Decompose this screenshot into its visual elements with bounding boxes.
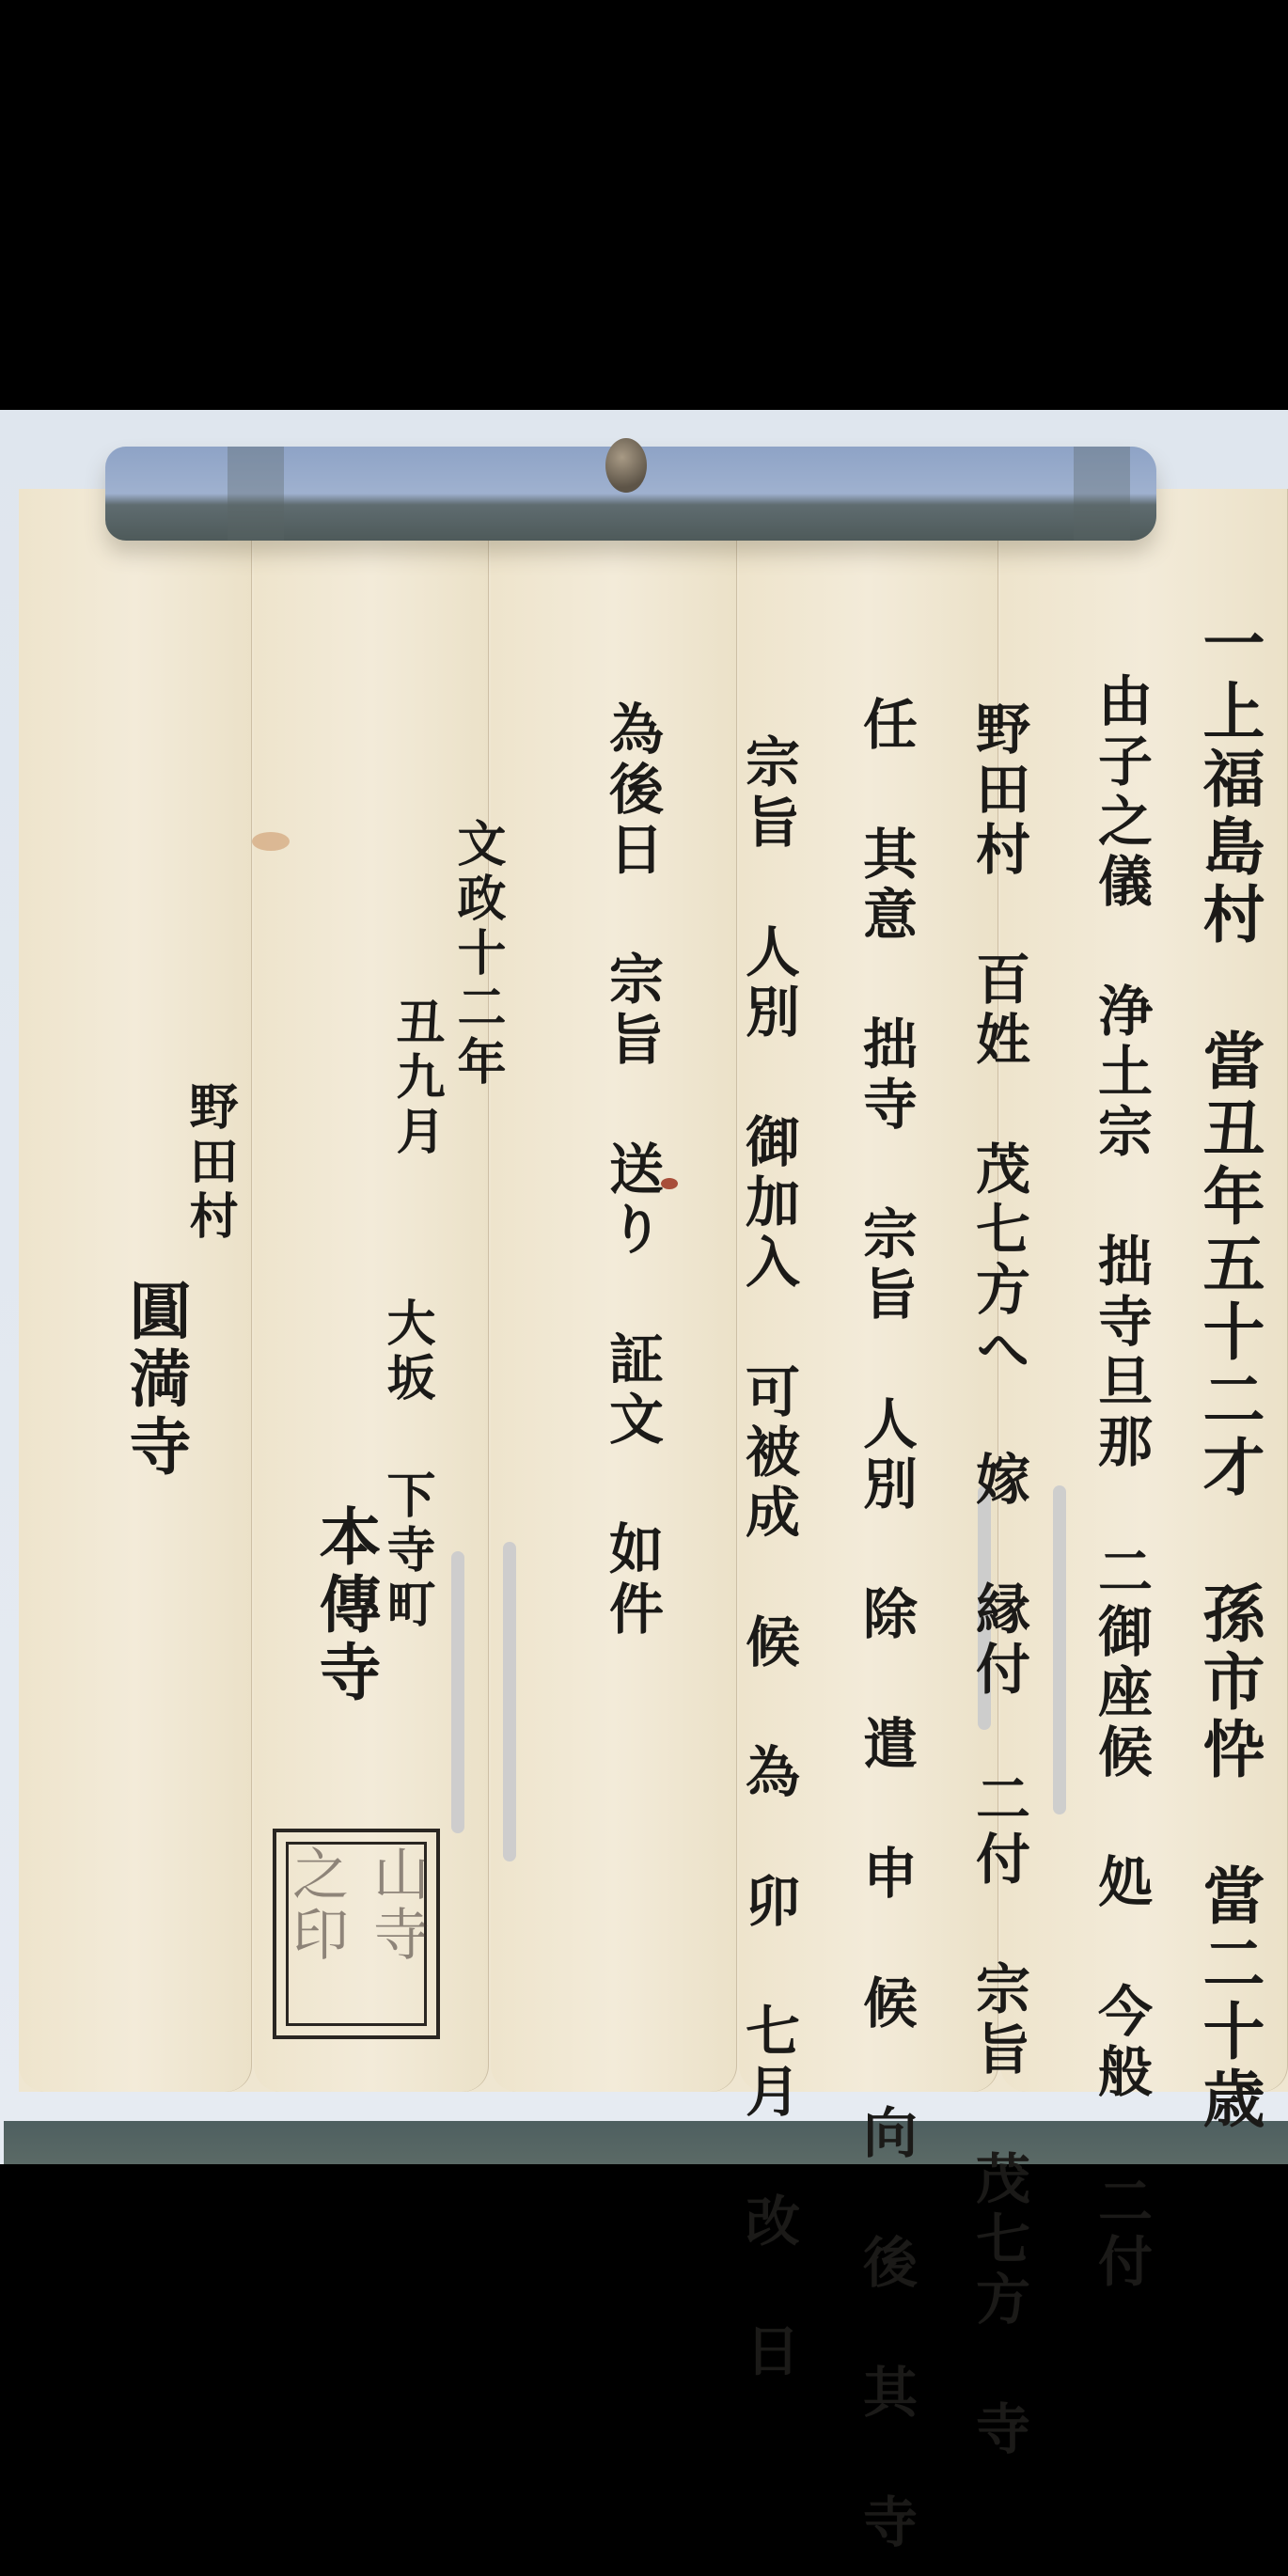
paper-stain bbox=[252, 832, 290, 851]
seal-glyphs: 山寺之印 bbox=[286, 1842, 427, 2026]
paper-tear bbox=[451, 1551, 464, 1833]
paperweight-band bbox=[1074, 447, 1130, 541]
text-column-2: 由子之儀 浄土宗 拙寺旦那 二御座候 処 今般 二付 bbox=[1081, 672, 1160, 2293]
text-column-4: 任 其意 拙寺 宗旨 人別 除 遣 申 候 向 後 其 寺 bbox=[846, 696, 925, 2553]
temple-seal: 山寺之印 bbox=[273, 1829, 440, 2039]
text-column-6: 為後日 宗旨 送り 証文 如件 bbox=[592, 700, 671, 1641]
addressee-temple: 圓満寺 bbox=[111, 1279, 200, 1482]
text-column-3: 野田村 百姓 茂七方へ 嫁 縁付 二付 宗旨 茂七方 寺 bbox=[959, 700, 1038, 2460]
date-era-year: 文政十二年 bbox=[442, 818, 512, 1091]
paper-tear bbox=[1053, 1485, 1066, 1814]
date-month: 丑九月 bbox=[381, 997, 451, 1160]
addressee-village: 野田村 bbox=[174, 1081, 244, 1245]
paperweight-band bbox=[228, 447, 284, 541]
paperweight-knob bbox=[605, 438, 647, 493]
text-column-1: 一上福島村 當丑年五十二才 孫市忰 當二十歳 bbox=[1185, 611, 1274, 2134]
sender-temple: 本傳寺 bbox=[301, 1504, 390, 1707]
text-column-5: 宗旨 人別 御加入 可被成 候 為 卯 七月 改 日 bbox=[729, 733, 808, 2382]
paper-tear bbox=[503, 1542, 516, 1861]
